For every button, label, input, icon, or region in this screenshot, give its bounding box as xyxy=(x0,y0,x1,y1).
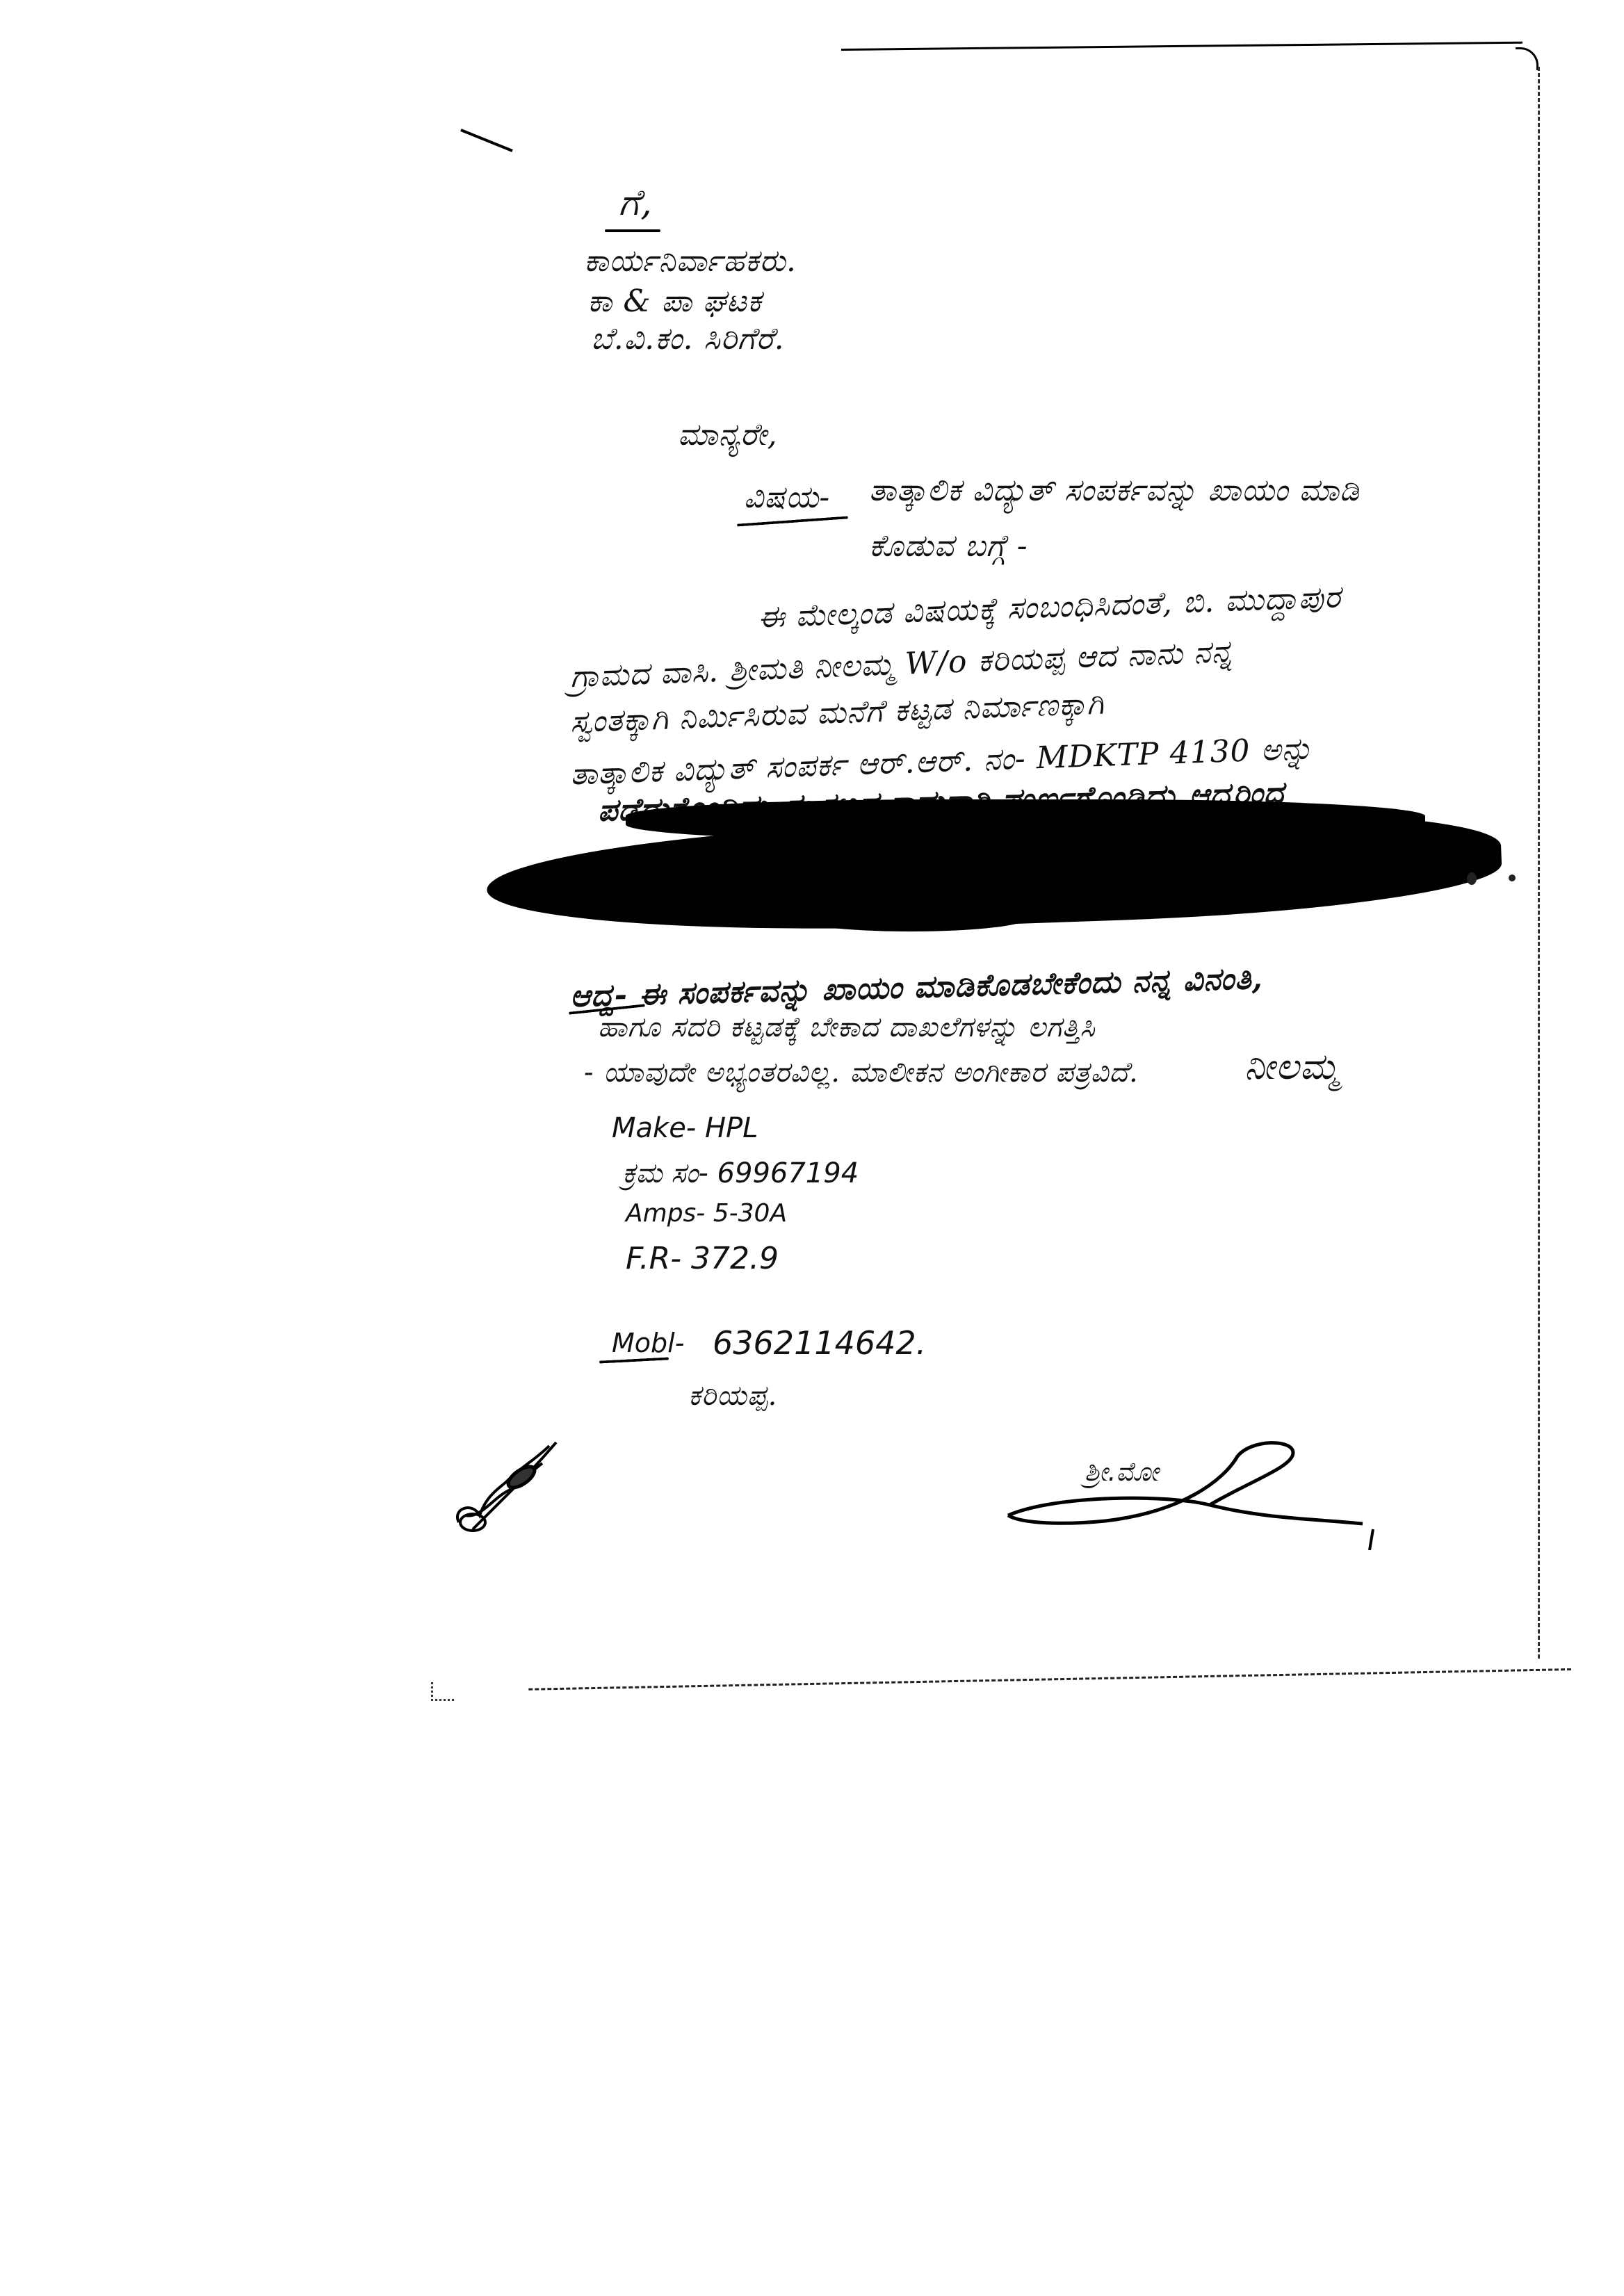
greeting: ಮಾನ್ಯರೇ, xyxy=(678,417,778,453)
salutation-to: ಗೆ, xyxy=(619,182,653,225)
recipient-line-1: ಕಾರ್ಯನಿರ್ವಾಹಕರು. xyxy=(584,243,797,279)
redaction-blot-upper xyxy=(626,799,1425,841)
subject-underline xyxy=(737,516,848,526)
mobile-number: 6362114642. xyxy=(713,1324,926,1362)
scan-mark xyxy=(460,129,513,152)
mobile-label: Mobl- xyxy=(612,1328,684,1358)
body-line-1: ಈ ಮೇಲ್ಕಂಡ ವಿಷಯಕ್ಕೆ ಸಂಬಂಧಿಸಿದಂತೆ, ಬಿ. ಮುದ… xyxy=(757,579,1341,635)
meter-fr: F.R- 372.9 xyxy=(626,1241,779,1276)
body-line-3: ಸ್ವಂತಕ್ಕಾಗಿ ನಿರ್ಮಿಸಿರುವ ಮನೆಗೆ ಕಟ್ಟಡ ನಿರ್… xyxy=(569,686,1105,740)
recipient-line-2: ಕಾ & ಪಾ ಘಟಕ xyxy=(587,284,762,319)
applicant-name: ಕರಿಯಪ್ಪ. xyxy=(688,1380,777,1412)
scan-smudge xyxy=(431,1682,454,1701)
closing-line-1: ಆದ್ದ- ಈ ಸಂಪರ್ಕವನ್ನು ಖಾಯಂ ಮಾಡಿಕೊಡಬೇಕೆಂದು … xyxy=(570,961,1264,1014)
redaction-blot-tail xyxy=(793,904,1029,931)
applicant-signature-kannada: ನೀಲಮ್ಮ xyxy=(1244,1046,1340,1089)
official-signature-flourish xyxy=(1001,1439,1390,1550)
closing-line-3: - ಯಾವುದೇ ಅಭ್ಯಂತರವಿಲ್ಲ. ಮಾಲೀಕನ ಅಂಗೀಕಾರ ಪತ… xyxy=(584,1057,1139,1089)
page-edge-right xyxy=(1538,67,1540,1659)
page-corner xyxy=(1516,47,1538,70)
closing-line-2: ಹಾಗೂ ಸದರಿ ಕಟ್ಟಡಕ್ಕೆ ಬೇಕಾದ ದಾಖಲೆಗಳನ್ನು ಲಗ… xyxy=(598,1011,1096,1043)
scribble-stamp-icon xyxy=(445,1432,570,1543)
subject-label: ವಿಷಯ- xyxy=(744,480,830,515)
recipient-line-3: ಬೆ.ವಿ.ಕಂ. ಸಿರಿಗೆರೆ. xyxy=(591,321,785,357)
meter-serial: ಕ್ರಮ ಸಂ- 69967194 xyxy=(622,1157,859,1189)
ink-dot xyxy=(1509,874,1516,881)
meter-amps: Amps- 5-30A xyxy=(626,1199,787,1228)
page-edge-top xyxy=(841,42,1522,51)
body-line-2: ಗ್ರಾಮದ ವಾಸಿ. ಶ್ರೀಮತಿ ನೀಲಮ್ಮ W/o ಕರಿಯಪ್ಪ … xyxy=(569,634,1233,695)
meter-make: Make- HPL xyxy=(612,1112,758,1144)
subject-line-2: ಕೊಡುವ ಬಗ್ಗೆ - xyxy=(869,528,1028,564)
subject-line-1: ತಾತ್ಕಾಲಿಕ ವಿದ್ಯುತ್ ಸಂಪರ್ಕವನ್ನು ಖಾಯಂ ಮಾಡಿ xyxy=(869,473,1360,508)
salutation-underline xyxy=(605,229,660,232)
page-edge-bottom xyxy=(528,1668,1571,1691)
ink-dot xyxy=(1467,872,1477,885)
